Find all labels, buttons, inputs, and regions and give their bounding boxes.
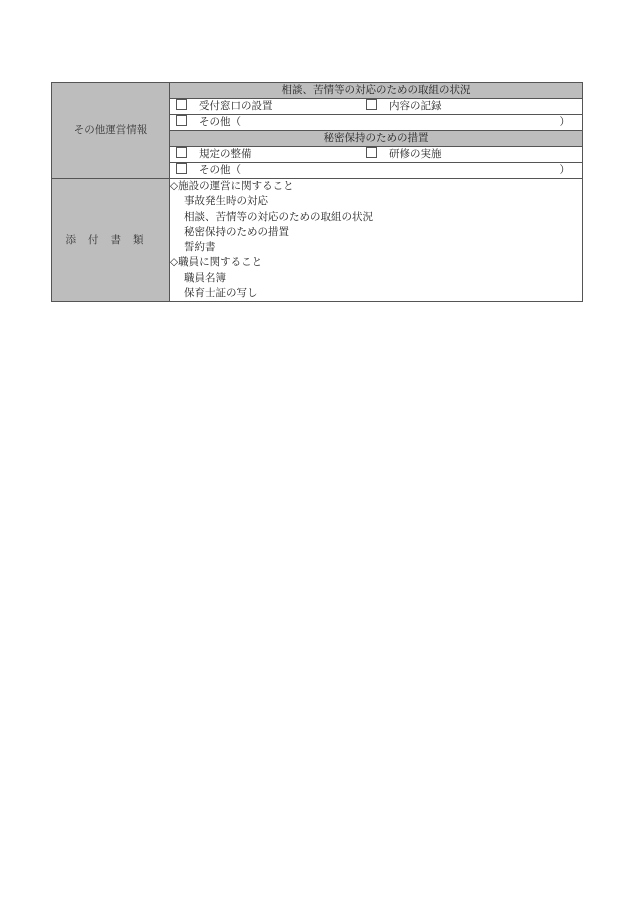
document-page: その他運営情報 相談、苦情等の対応のための取組の状況 受付窓口の設置 内容の記録… xyxy=(0,0,630,915)
consultation-options-row: 受付窓口の設置 内容の記録 xyxy=(170,99,583,115)
attachment-item: 保育士証の写し xyxy=(170,286,582,301)
checkbox-rules-maintenance[interactable]: 規定の整備 xyxy=(176,147,252,162)
attachment-item: 職員名簿 xyxy=(170,271,582,286)
checkbox-icon[interactable] xyxy=(366,147,377,158)
confidentiality-heading: 秘密保持のための措置 xyxy=(170,131,583,147)
checkbox-confidentiality-other[interactable]: その他（ xyxy=(176,163,241,178)
consultation-other-row: その他（ ） xyxy=(170,115,583,131)
paren-close: ） xyxy=(560,163,571,178)
attachments-label: 添付書類 xyxy=(52,179,170,302)
consultation-heading: 相談、苦情等の対応のための取組の状況 xyxy=(170,83,583,99)
operations-form-table: その他運営情報 相談、苦情等の対応のための取組の状況 受付窓口の設置 内容の記録… xyxy=(51,82,583,302)
attachment-item: 事故発生時の対応 xyxy=(170,194,582,209)
attachment-item: 秘密保持のための措置 xyxy=(170,225,582,240)
checkbox-icon[interactable] xyxy=(176,147,187,158)
checkbox-training[interactable]: 研修の実施 xyxy=(366,147,442,162)
attachment-group-title: ◇施設の運営に関すること xyxy=(170,179,582,194)
checkbox-consultation-other[interactable]: その他（ xyxy=(176,115,241,130)
checkbox-icon[interactable] xyxy=(176,99,187,110)
paren-close: ） xyxy=(560,115,571,130)
checkbox-icon[interactable] xyxy=(176,163,187,174)
attachment-item: 相談、苦情等の対応のための取組の状況 xyxy=(170,210,582,225)
confidentiality-other-row: その他（ ） xyxy=(170,163,583,179)
checkbox-reception-window[interactable]: 受付窓口の設置 xyxy=(176,99,273,114)
checkbox-icon[interactable] xyxy=(366,99,377,110)
attachment-group-title: ◇職員に関すること xyxy=(170,255,582,270)
confidentiality-options-row: 規定の整備 研修の実施 xyxy=(170,147,583,163)
checkbox-icon[interactable] xyxy=(176,115,187,126)
checkbox-content-record[interactable]: 内容の記録 xyxy=(366,99,442,114)
other-operations-label: その他運営情報 xyxy=(52,83,170,179)
attachment-item: 誓約書 xyxy=(170,240,582,255)
attachments-list: ◇施設の運営に関すること 事故発生時の対応 相談、苦情等の対応のための取組の状況… xyxy=(170,179,583,302)
